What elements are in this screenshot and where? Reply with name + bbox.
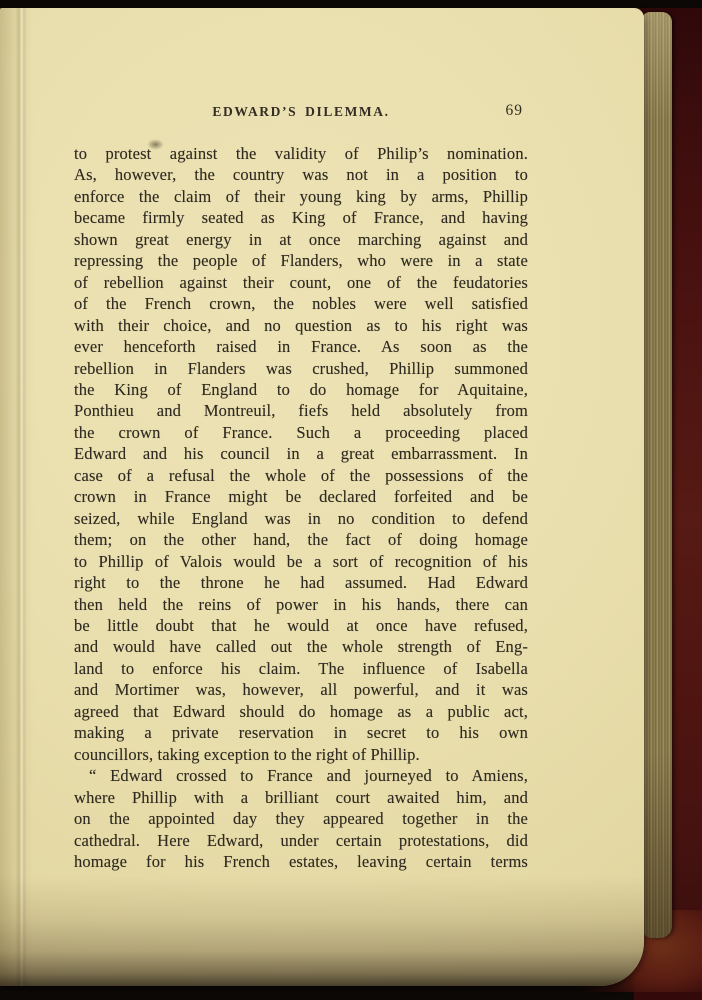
text-line: rebellion in Flanders was crushed, Phill… <box>74 358 528 379</box>
text-line: Ponthieu and Montreuil, fiefs held absol… <box>74 400 528 421</box>
book-photograph: EDWARD’S DILEMMA. 69 to protest against … <box>0 0 702 1000</box>
body-text: to protest against the validity of Phili… <box>74 143 528 872</box>
page-fore-edge <box>642 12 672 938</box>
text-line: became firmly seated as King of France, … <box>74 207 528 228</box>
text-line: making a private reservation in secret t… <box>74 722 528 743</box>
text-line: homage for his French estates, leaving c… <box>74 851 528 872</box>
text-line: and Mortimer was, however, all powerful,… <box>74 679 528 700</box>
page-header: EDWARD’S DILEMMA. 69 <box>74 104 528 122</box>
text-line: seized, while England was in no conditio… <box>74 508 528 529</box>
text-line: them; on the other hand, the fact of doi… <box>74 529 528 550</box>
text-line: repressing the people of Flanders, who w… <box>74 250 528 271</box>
text-line: councillors, taking exception to the rig… <box>74 744 528 765</box>
page-bottom-shadow <box>0 876 644 986</box>
text-line: with their choice, and no question as to… <box>74 315 528 336</box>
text-line: be little doubt that he would at once ha… <box>74 615 528 636</box>
text-line: then held the reins of power in his hand… <box>74 594 528 615</box>
paragraph-2: “ Edward crossed to France and journeyed… <box>74 765 528 872</box>
text-line: to Phillip of Valois would be a sort of … <box>74 551 528 572</box>
text-line: shown great energy in at once marching a… <box>74 229 528 250</box>
text-line: where Phillip with a brilliant court awa… <box>74 787 528 808</box>
text-line: the crown of France. Such a proceeding p… <box>74 422 528 443</box>
text-line: to protest against the validity of Phili… <box>74 143 528 164</box>
text-line: agreed that Edward should do homage as a… <box>74 701 528 722</box>
text-line: As, however, the country was not in a po… <box>74 164 528 185</box>
running-title: EDWARD’S DILEMMA. <box>74 104 528 120</box>
photo-top-border <box>0 0 702 8</box>
book-page: EDWARD’S DILEMMA. 69 to protest against … <box>0 8 644 986</box>
text-line: crown in France might be declared forfei… <box>74 486 528 507</box>
text-line: of rebellion against their count, one of… <box>74 272 528 293</box>
text-line: land to enforce his claim. The influence… <box>74 658 528 679</box>
text-line: “ Edward crossed to France and journeyed… <box>74 765 528 786</box>
text-line: the King of England to do homage for Aqu… <box>74 379 528 400</box>
page-content: EDWARD’S DILEMMA. 69 to protest against … <box>74 104 528 872</box>
text-line: case of a refusal the whole of the posse… <box>74 465 528 486</box>
text-line: on the appointed day they appeared toget… <box>74 808 528 829</box>
paragraph-1: to protest against the validity of Phili… <box>74 143 528 765</box>
text-line: and would have called out the whole stre… <box>74 636 528 657</box>
text-line: enforce the claim of their young king by… <box>74 186 528 207</box>
text-line: Edward and his council in a great embarr… <box>74 443 528 464</box>
page-crease <box>15 8 27 986</box>
page-number: 69 <box>506 102 524 120</box>
text-line: ever henceforth raised in France. As soo… <box>74 336 528 357</box>
text-line: cathedral. Here Edward, under certain pr… <box>74 830 528 851</box>
text-line: right to the throne he had assumed. Had … <box>74 572 528 593</box>
text-line: of the French crown, the nobles were wel… <box>74 293 528 314</box>
